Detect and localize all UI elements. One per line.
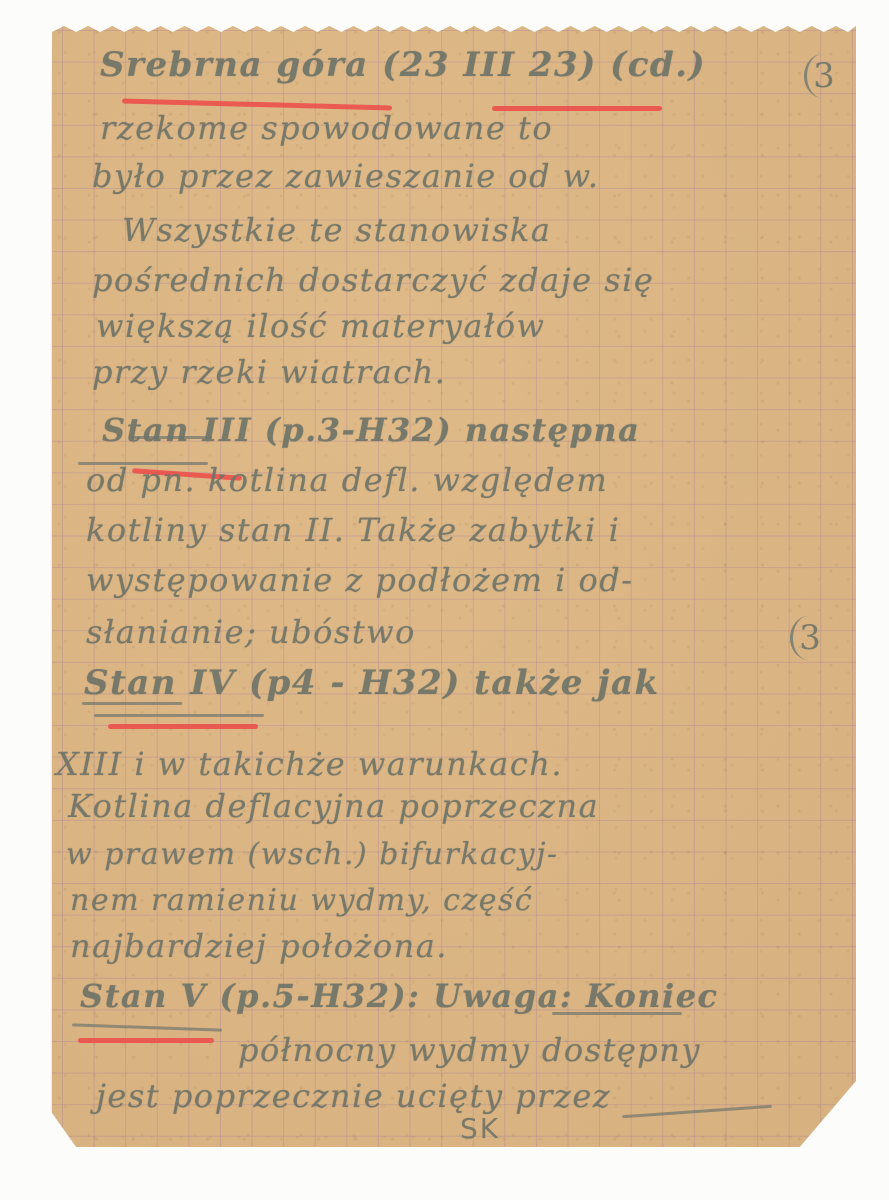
underline-stan-v (72, 1023, 222, 1031)
page-number-marker-top: 3 (804, 54, 841, 98)
text-line: większą ilość materyałów (96, 310, 545, 342)
underline-stan-iv (94, 714, 264, 717)
section-heading-line: Stan V (p.5-H32): Uwaga: Koniec (80, 980, 719, 1012)
red-underline-stan-v (78, 1038, 214, 1043)
section-heading-line: Stan IV (p4 - H32) także jak (84, 666, 660, 700)
text-line: XIII i w takichże warunkach. (56, 748, 563, 780)
text-line: w prawem (wsch.) bifurkacyj- (66, 840, 559, 870)
signature-initials: SK (460, 1112, 500, 1145)
text-line: północny wydmy dostępny (238, 1034, 701, 1066)
text-line: najbardziej położona. (70, 930, 448, 962)
text-line: słanianie; ubóstwo (86, 616, 416, 648)
text-line: od pn. kotlina defl. względem (86, 464, 608, 496)
scanned-document: 3 3 Srebrna góra (23 III 23) (cd.)rzekom… (0, 0, 889, 1200)
strike-stroke-przez (622, 1105, 772, 1118)
text-line: kotliny stan II. Także zabytki i (86, 514, 620, 546)
section-heading-line: Srebrna góra (23 III 23) (cd.) (100, 48, 706, 82)
text-line: występowanie z podłożem i od- (86, 564, 634, 596)
section-heading-line: Stan III (p.3-H32) następna (102, 414, 640, 446)
text-line: nem ramieniu wydmy, część (70, 886, 533, 916)
notebook-page: 3 3 Srebrna góra (23 III 23) (cd.)rzekom… (52, 26, 856, 1147)
text-line: pośrednich dostarczyć zdaje się (92, 264, 654, 296)
text-line: Wszystkie te stanowiska (122, 214, 551, 246)
text-line: rzekome spowodowane to (100, 112, 553, 144)
page-number-marker-middle: 3 (790, 616, 827, 660)
text-line: przy rzeki wiatrach. (92, 356, 446, 388)
text-line: Kotlina deflacyjna poprzeczna (68, 790, 599, 822)
text-line: jest poprzecznie ucięty przez (96, 1080, 611, 1112)
text-line: było przez zawieszanie od w. (92, 160, 599, 192)
red-underline-stan-iv (108, 724, 258, 729)
